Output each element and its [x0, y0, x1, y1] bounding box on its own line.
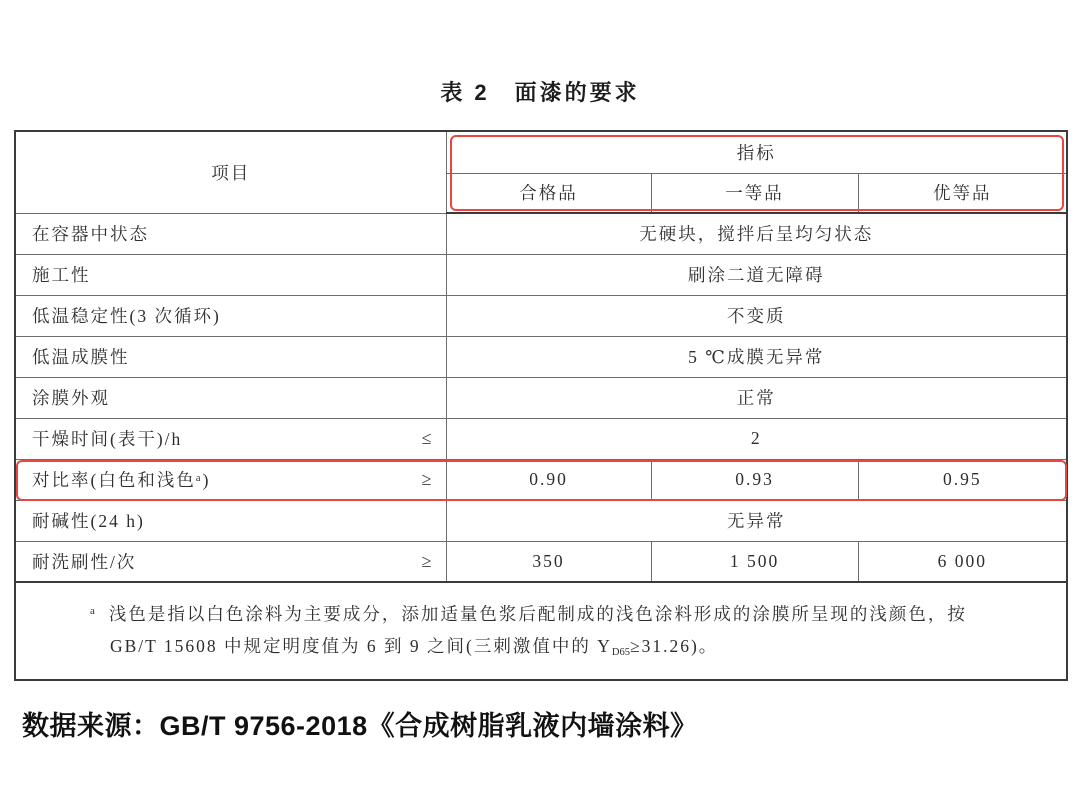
requirements-table-wrap: 项目 指标 合格品 一等品 优等品 在容器中状态 无硬块，搅拌后呈均匀状态 施工… — [14, 130, 1066, 681]
table-row-workability: 施工性 刷涂二道无障碍 — [15, 254, 1067, 295]
row-item-label: 耐碱性(24 h) — [32, 508, 145, 533]
row-item-label: 干燥时间(表干)/h — [32, 426, 182, 451]
source-caption: 数据来源：GB/T 9756-2018《合成树脂乳液内墙涂料》 — [22, 704, 698, 743]
table-title: 表 2 面漆的要求 — [0, 76, 1080, 107]
footnote-line-1: a浅色是指以白色涂料为主要成分，添加适量色浆后配制成的浅色涂料形成的涂膜所呈现的… — [90, 595, 1042, 630]
footnote-line-2: GB/T 15608 中规定明度值为 6 到 9 之间(三刺激值中的 YD65≥… — [90, 630, 1042, 669]
table-row-scrub-resistance: 耐洗刷性/次≥ 350 1 500 6 000 — [15, 541, 1067, 582]
header-cell-item: 项目 — [15, 131, 446, 213]
header-row-1: 项目 指标 — [15, 131, 1067, 173]
table-row-low-temp-stability: 低温稳定性(3 次循环) 不变质 — [15, 295, 1067, 336]
header-cell-index: 指标 — [446, 131, 1067, 173]
header-cell-grade-premium: 优等品 — [858, 173, 1067, 213]
row-value-qualified: 0.90 — [446, 459, 651, 500]
table-row-film-appearance: 涂膜外观 正常 — [15, 377, 1067, 418]
table-row-container-state: 在容器中状态 无硬块，搅拌后呈均匀状态 — [15, 213, 1067, 254]
row-value-first: 1 500 — [651, 541, 858, 582]
row-value-span: 不变质 — [446, 295, 1067, 336]
table-row-contrast-ratio: 对比率(白色和浅色ᵃ)≥ 0.90 0.93 0.95 — [15, 459, 1067, 500]
row-value-span: 正常 — [446, 377, 1067, 418]
row-value-span: 2 — [446, 418, 1067, 459]
row-item-label: 低温稳定性(3 次循环) — [32, 303, 221, 328]
row-value-span: 5 ℃成膜无异常 — [446, 336, 1067, 377]
row-limit-symbol: ≤ — [422, 428, 432, 449]
row-value-span: 无异常 — [446, 500, 1067, 541]
row-value-first: 0.93 — [651, 459, 858, 500]
header-cell-grade-first: 一等品 — [651, 173, 858, 213]
row-item-label: 低温成膜性 — [32, 344, 130, 369]
row-value-premium: 6 000 — [858, 541, 1067, 582]
row-item-label: 在容器中状态 — [32, 221, 149, 246]
table-row-alkali-resistance: 耐碱性(24 h) 无异常 — [15, 500, 1067, 541]
row-value-premium: 0.95 — [858, 459, 1067, 500]
row-item-label: 施工性 — [32, 262, 91, 287]
requirements-table: 项目 指标 合格品 一等品 优等品 在容器中状态 无硬块，搅拌后呈均匀状态 施工… — [14, 130, 1068, 681]
row-item-label: 对比率(白色和浅色ᵃ) — [32, 467, 210, 492]
row-item-label: 涂膜外观 — [32, 385, 110, 410]
row-item-label: 耐洗刷性/次 — [32, 549, 136, 574]
footnote: a浅色是指以白色涂料为主要成分，添加适量色浆后配制成的浅色涂料形成的涂膜所呈现的… — [15, 582, 1067, 680]
row-limit-symbol: ≥ — [422, 551, 432, 572]
page-root: { "title": "表 2 面漆的要求", "colors": { "hig… — [0, 0, 1080, 810]
table-row-low-temp-film: 低温成膜性 5 ℃成膜无异常 — [15, 336, 1067, 377]
header-cell-grade-qualified: 合格品 — [446, 173, 651, 213]
row-limit-symbol: ≥ — [422, 469, 432, 490]
y-d65-subscript: D65 — [612, 647, 630, 658]
row-value-span: 无硬块，搅拌后呈均匀状态 — [446, 213, 1067, 254]
footnote-row: a浅色是指以白色涂料为主要成分，添加适量色浆后配制成的浅色涂料形成的涂膜所呈现的… — [15, 582, 1067, 680]
table-row-drying-time: 干燥时间(表干)/h≤ 2 — [15, 418, 1067, 459]
footnote-marker: a — [90, 605, 95, 617]
row-value-qualified: 350 — [446, 541, 651, 582]
row-value-span: 刷涂二道无障碍 — [446, 254, 1067, 295]
